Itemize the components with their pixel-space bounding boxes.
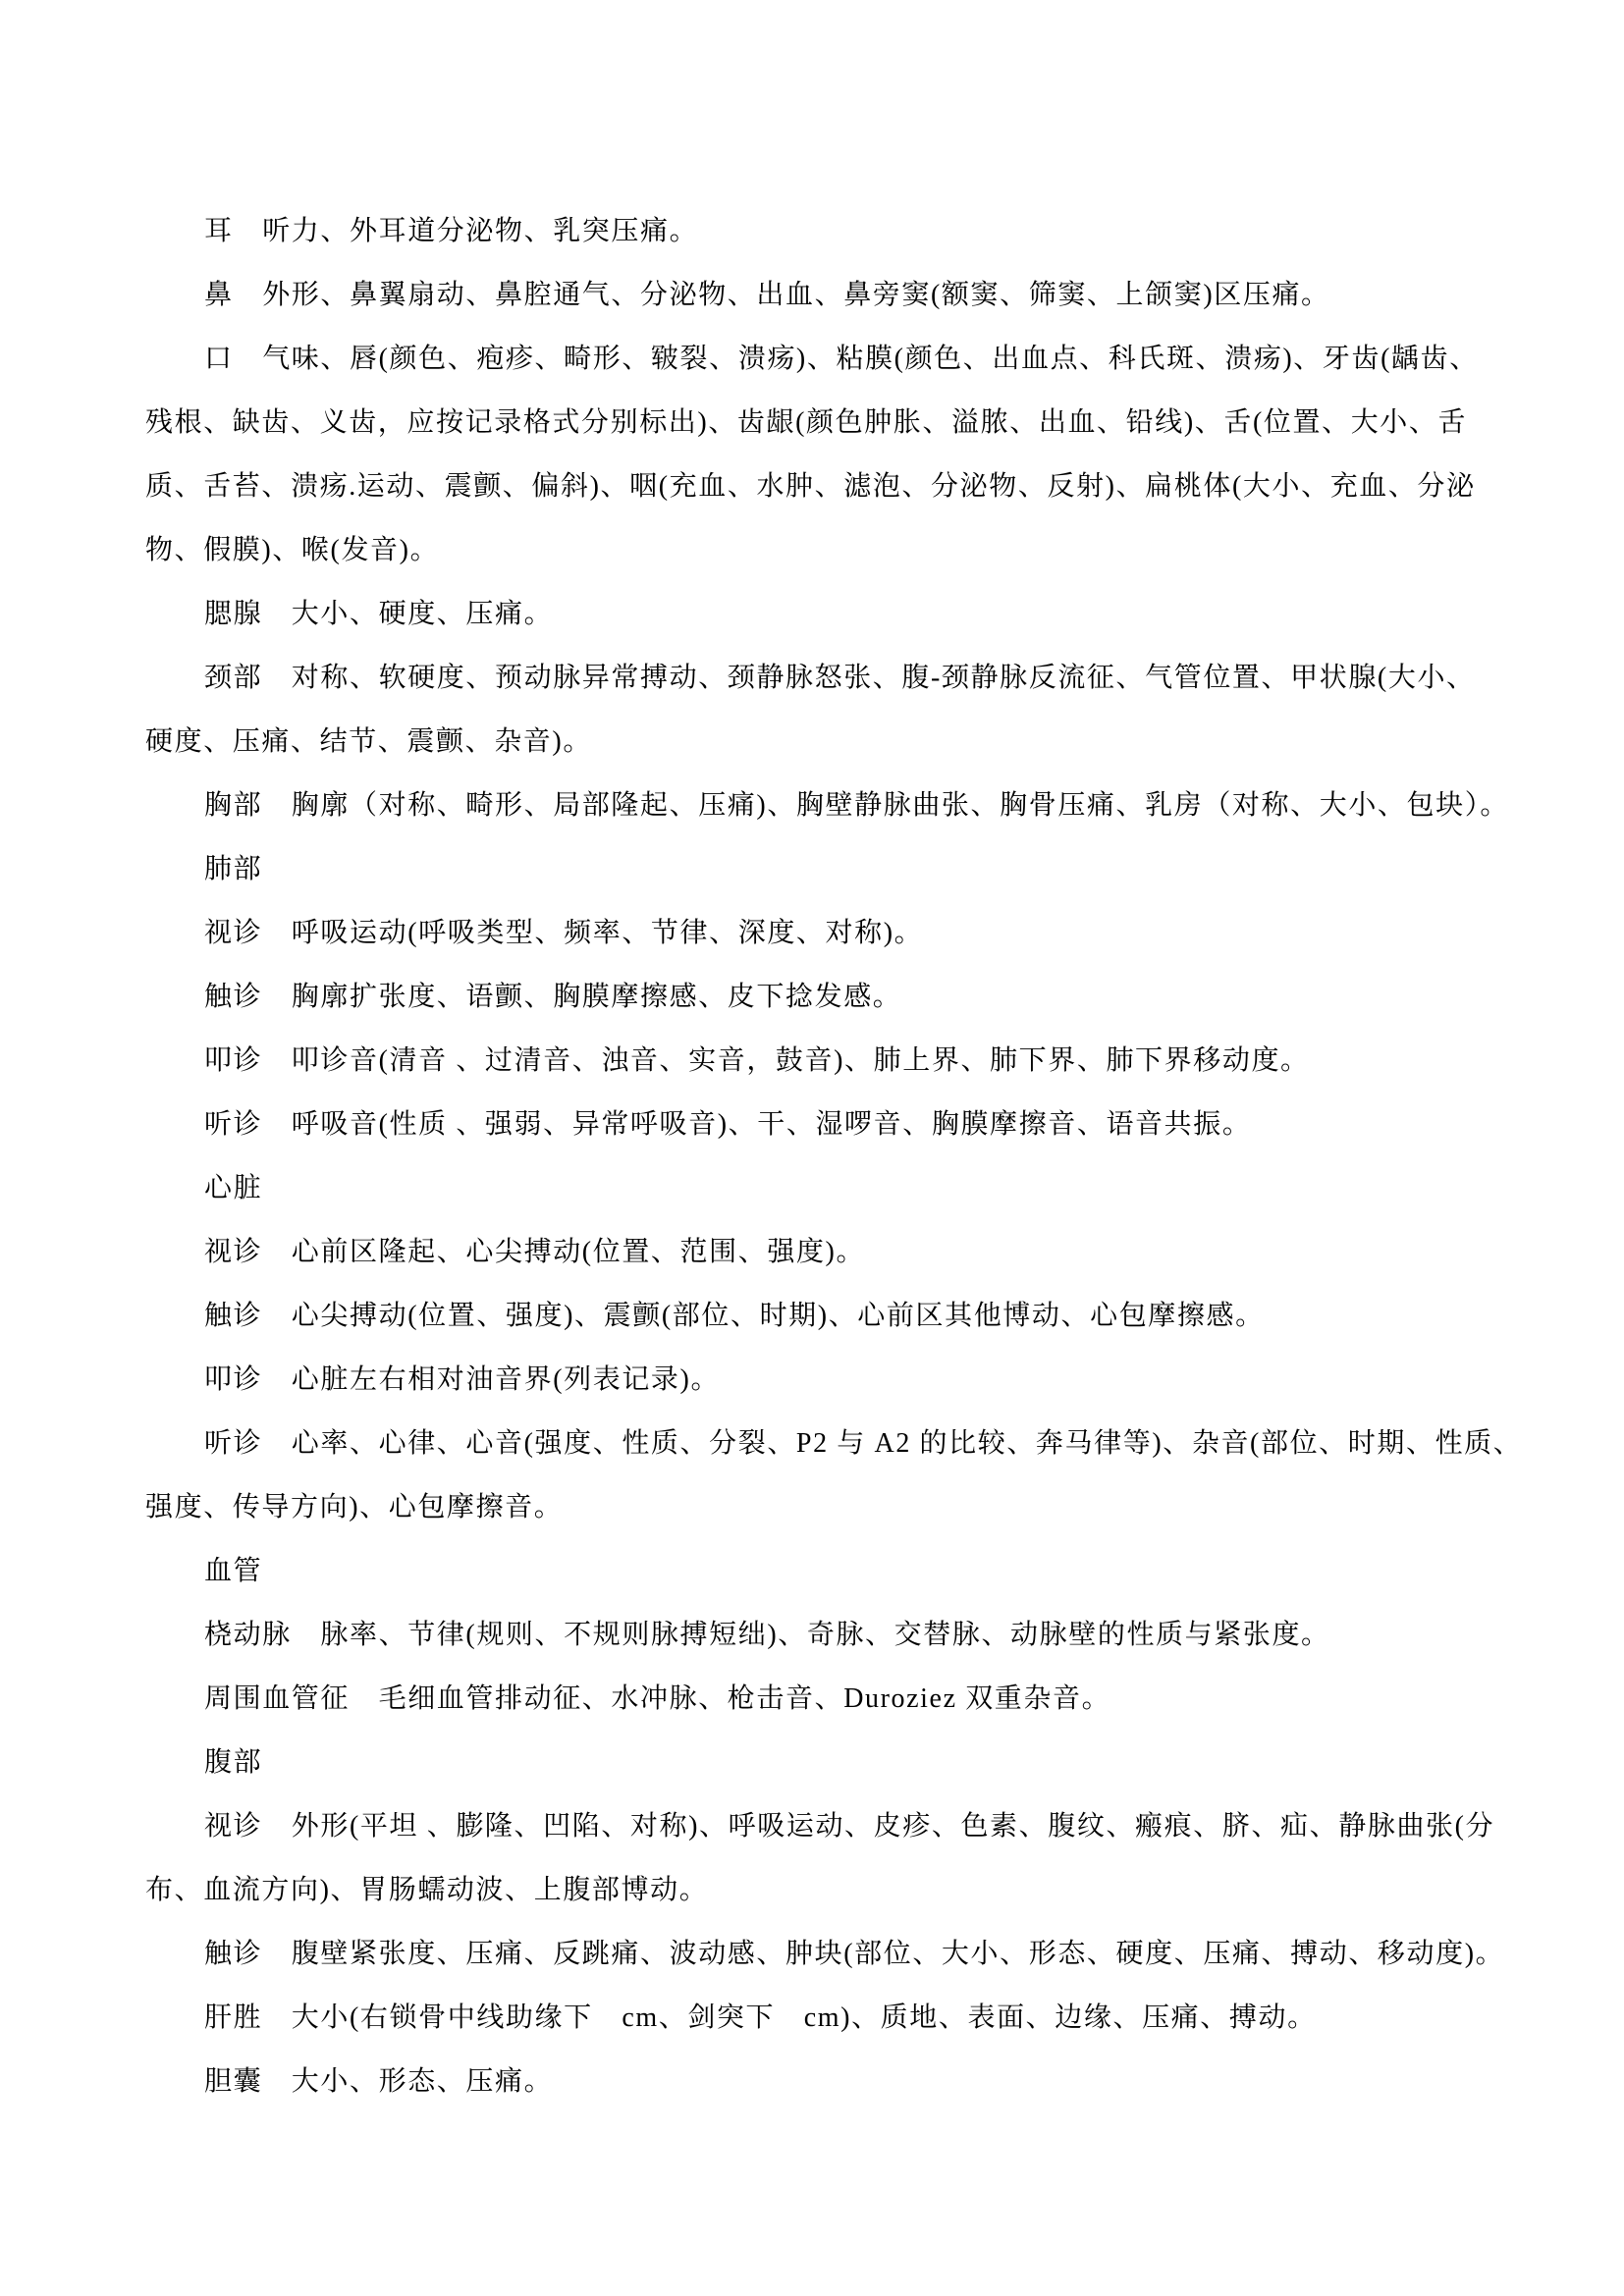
text-line: 叩诊 心脏左右相对油音界(列表记录)。 <box>145 1348 1500 1412</box>
text-line: 质、舌苔、溃疡.运动、震颤、偏斜)、咽(充血、水肿、滤泡、分泌物、反射)、扁桃体… <box>145 454 1500 518</box>
text-line: 腹部 <box>145 1731 1500 1794</box>
text-line: 心脏 <box>145 1156 1500 1220</box>
text-line: 硬度、压痛、结节、震颤、杂音)。 <box>145 710 1500 774</box>
text-line: 触诊 腹壁紧张度、压痛、反跳痛、波动感、肿块(部位、大小、形态、硬度、压痛、搏动… <box>145 1922 1500 1986</box>
text-line: 胆囊 大小、形态、压痛。 <box>145 2050 1500 2113</box>
text-line: 布、血流方向)、胃肠蠕动波、上腹部博动。 <box>145 1858 1500 1922</box>
text-line: 听诊 呼吸音(性质 、强弱、异常呼吸音)、干、湿啰音、胸膜摩擦音、语音共振。 <box>145 1093 1500 1156</box>
text-line: 视诊 心前区隆起、心尖搏动(位置、范围、强度)。 <box>145 1220 1500 1284</box>
text-line: 触诊 心尖搏动(位置、强度)、震颤(部位、时期)、心前区其他博动、心包摩擦感。 <box>145 1284 1500 1348</box>
text-line: 视诊 外形(平坦 、膨隆、凹陷、对称)、呼吸运动、皮疹、色素、腹纹、瘢痕、脐、疝… <box>145 1794 1500 1858</box>
document-page: 耳 听力、外耳道分泌物、乳突压痛。鼻 外形、鼻翼扇动、鼻腔通气、分泌物、出血、鼻… <box>0 0 1624 2296</box>
text-line: 触诊 胸廓扩张度、语颤、胸膜摩擦感、皮下捻发感。 <box>145 965 1500 1029</box>
text-line: 周围血管征 毛细血管排动征、水冲脉、枪击音、Duroziez 双重杂音。 <box>145 1667 1500 1731</box>
text-line: 肺部 <box>145 837 1500 901</box>
text-line: 血管 <box>145 1539 1500 1603</box>
text-line: 视诊 呼吸运动(呼吸类型、频率、节律、深度、对称)。 <box>145 901 1500 965</box>
text-line: 腮腺 大小、硬度、压痛。 <box>145 582 1500 646</box>
text-line: 听诊 心率、心律、心音(强度、性质、分裂、P2 与 A2 的比较、奔马律等)、杂… <box>145 1412 1500 1475</box>
text-line: 口 气味、唇(颜色、疱疹、畸形、皲裂、溃疡)、粘膜(颜色、出血点、科氏斑、溃疡)… <box>145 327 1500 391</box>
text-line: 肝胜 大小(右锁骨中线助缘下 cm、剑突下 cm)、质地、表面、边缘、压痛、搏动… <box>145 1986 1500 2050</box>
text-line: 残根、缺齿、义齿，应按记录格式分别标出)、齿龈(颜色肿胀、溢脓、出血、铅线)、舌… <box>145 391 1500 454</box>
text-line: 耳 听力、外耳道分泌物、乳突压痛。 <box>145 199 1500 263</box>
text-line: 鼻 外形、鼻翼扇动、鼻腔通气、分泌物、出血、鼻旁窦(额窦、筛窦、上颌窦)区压痛。 <box>145 263 1500 327</box>
text-line: 强度、传导方向)、心包摩擦音。 <box>145 1475 1500 1539</box>
text-line: 胸部 胸廓（对称、畸形、局部隆起、压痛)、胸壁静脉曲张、胸骨压痛、乳房（对称、大… <box>145 774 1500 837</box>
text-line: 桡动脉 脉率、节律(规则、不规则脉搏短绌)、奇脉、交替脉、动脉壁的性质与紧张度。 <box>145 1603 1500 1667</box>
text-line: 物、假膜)、喉(发音)。 <box>145 518 1500 582</box>
text-line: 叩诊 叩诊音(清音 、过清音、浊音、实音，鼓音)、肺上界、肺下界、肺下界移动度。 <box>145 1029 1500 1093</box>
document-body: 耳 听力、外耳道分泌物、乳突压痛。鼻 外形、鼻翼扇动、鼻腔通气、分泌物、出血、鼻… <box>145 199 1500 2113</box>
text-line: 颈部 对称、软硬度、预动脉异常搏动、颈静脉怒张、腹-颈静脉反流征、气管位置、甲状… <box>145 646 1500 710</box>
